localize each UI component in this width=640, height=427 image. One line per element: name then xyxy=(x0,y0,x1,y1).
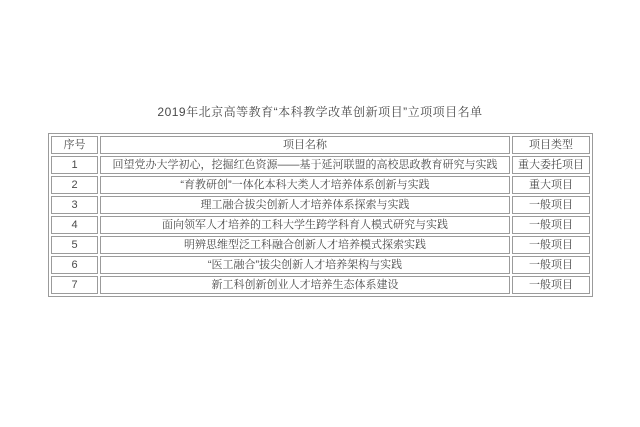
document-title: 2019年北京高等教育“本科教学改革创新项目”立项项目名单 xyxy=(0,105,640,120)
table-row: 2“育教研创”一体化本科大类人才培养体系创新与实践重大项目 xyxy=(51,176,590,194)
table-row: 3理工融合拔尖创新人才培养体系探索与实践一般项目 xyxy=(51,196,590,214)
project-type-cell: 一般项目 xyxy=(512,256,590,274)
serial-number-cell: 4 xyxy=(51,216,98,234)
column-header-project-type: 项目类型 xyxy=(512,136,590,154)
column-header-project-name: 项目名称 xyxy=(100,136,510,154)
project-name-cell: 新工科创新创业人才培养生态体系建设 xyxy=(100,276,510,294)
column-header-serial-number: 序号 xyxy=(51,136,98,154)
project-name-cell: 明辨思维型泛工科融合创新人才培养模式探索实践 xyxy=(100,236,510,254)
table-header-row: 序号 项目名称 项目类型 xyxy=(51,136,590,154)
project-name-cell: “育教研创”一体化本科大类人才培养体系创新与实践 xyxy=(100,176,510,194)
document-page: 2019年北京高等教育“本科教学改革创新项目”立项项目名单 序号 项目名称 项目… xyxy=(0,0,640,427)
table-row: 1回望党办大学初心，挖掘红色资源——基于延河联盟的高校思政教育研究与实践重大委托… xyxy=(51,156,590,174)
project-type-cell: 一般项目 xyxy=(512,276,590,294)
project-name-cell: “医工融合”拔尖创新人才培养架构与实践 xyxy=(100,256,510,274)
serial-number-cell: 3 xyxy=(51,196,98,214)
project-type-cell: 一般项目 xyxy=(512,216,590,234)
table-row: 6“医工融合”拔尖创新人才培养架构与实践一般项目 xyxy=(51,256,590,274)
serial-number-cell: 6 xyxy=(51,256,98,274)
serial-number-cell: 7 xyxy=(51,276,98,294)
serial-number-cell: 1 xyxy=(51,156,98,174)
project-name-cell: 理工融合拔尖创新人才培养体系探索与实践 xyxy=(100,196,510,214)
table-row: 4面向领军人才培养的工科大学生跨学科育人模式研究与实践一般项目 xyxy=(51,216,590,234)
serial-number-cell: 5 xyxy=(51,236,98,254)
project-name-cell: 面向领军人才培养的工科大学生跨学科育人模式研究与实践 xyxy=(100,216,510,234)
project-type-cell: 重大委托项目 xyxy=(512,156,590,174)
project-type-cell: 重大项目 xyxy=(512,176,590,194)
project-name-cell: 回望党办大学初心，挖掘红色资源——基于延河联盟的高校思政教育研究与实践 xyxy=(100,156,510,174)
serial-number-cell: 2 xyxy=(51,176,98,194)
project-type-cell: 一般项目 xyxy=(512,236,590,254)
table-row: 5明辨思维型泛工科融合创新人才培养模式探索实践一般项目 xyxy=(51,236,590,254)
project-type-cell: 一般项目 xyxy=(512,196,590,214)
table-body: 1回望党办大学初心，挖掘红色资源——基于延河联盟的高校思政教育研究与实践重大委托… xyxy=(51,156,590,294)
projects-table: 序号 项目名称 项目类型 1回望党办大学初心，挖掘红色资源——基于延河联盟的高校… xyxy=(48,133,593,297)
table-row: 7新工科创新创业人才培养生态体系建设一般项目 xyxy=(51,276,590,294)
